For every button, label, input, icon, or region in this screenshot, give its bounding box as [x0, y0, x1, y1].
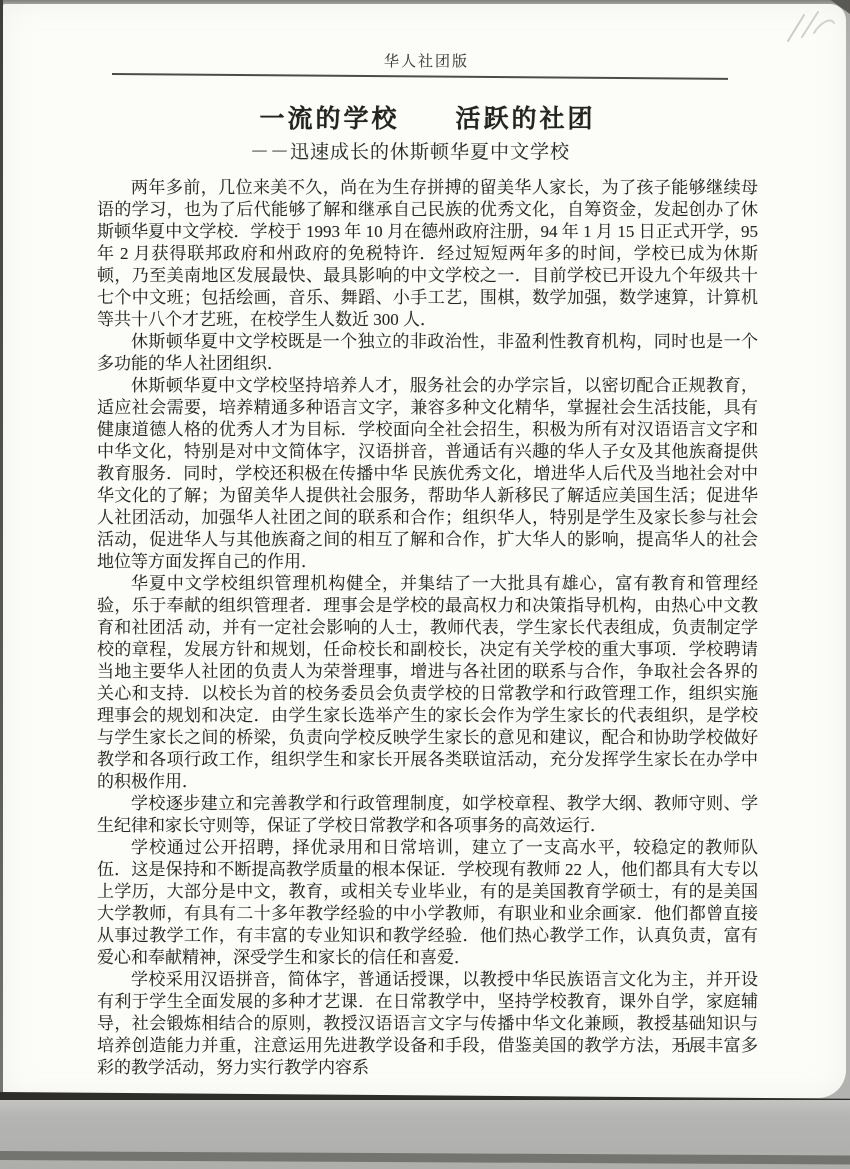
article-subtitle: －－迅速成长的休斯顿华夏中文学校 [250, 137, 570, 164]
paragraph: 休斯顿华夏中文学校坚持培养人才，服务社会的办学宗旨，以密切配合正规教育，适应社会… [97, 375, 758, 573]
paragraph: 休斯顿华夏中文学校既是一个独立的非政治性，非盈利性教育机构，同时也是一个多功能的… [97, 331, 758, 375]
article-body: 两年多前，几位来美不久，尚在为生存拼搏的留美华人家长，为了孩子能够继续母语的学习… [97, 177, 758, 1079]
paragraph: 华夏中文学校组织管理机构健全，并集结了一大批具有雄心，富有教育和管理经验，乐于奉… [97, 573, 758, 793]
paragraph: 学校采用汉语拼音，简体字，普通话授课，以教授中华民族语言文化为主，并开设有利于学… [97, 969, 758, 1079]
article-title: 一流的学校 活跃的社团 [97, 99, 758, 135]
scan-edge-left [0, 0, 3, 1100]
handwritten-corner-mark [780, 3, 840, 53]
page-number: 51 [677, 1040, 692, 1057]
paragraph: 两年多前，几位来美不久，尚在为生存拼搏的留美华人家长，为了孩子能够继续母语的学习… [97, 177, 758, 331]
section-header: 华人社团版 [384, 50, 469, 71]
paragraph: 学校逐步建立和完善教学和行政管理制度，如学校章程、教学大纲、教师守则、学生纪律和… [97, 793, 758, 837]
paragraph: 学校通过公开招聘，择优录用和日常培训，建立了一支高水平，较稳定的教师队伍．这是保… [97, 837, 758, 969]
scanned-page: 华人社团版 一流的学校 活跃的社团 －－迅速成长的休斯顿华夏中文学校 两年多前，… [0, 0, 850, 1169]
